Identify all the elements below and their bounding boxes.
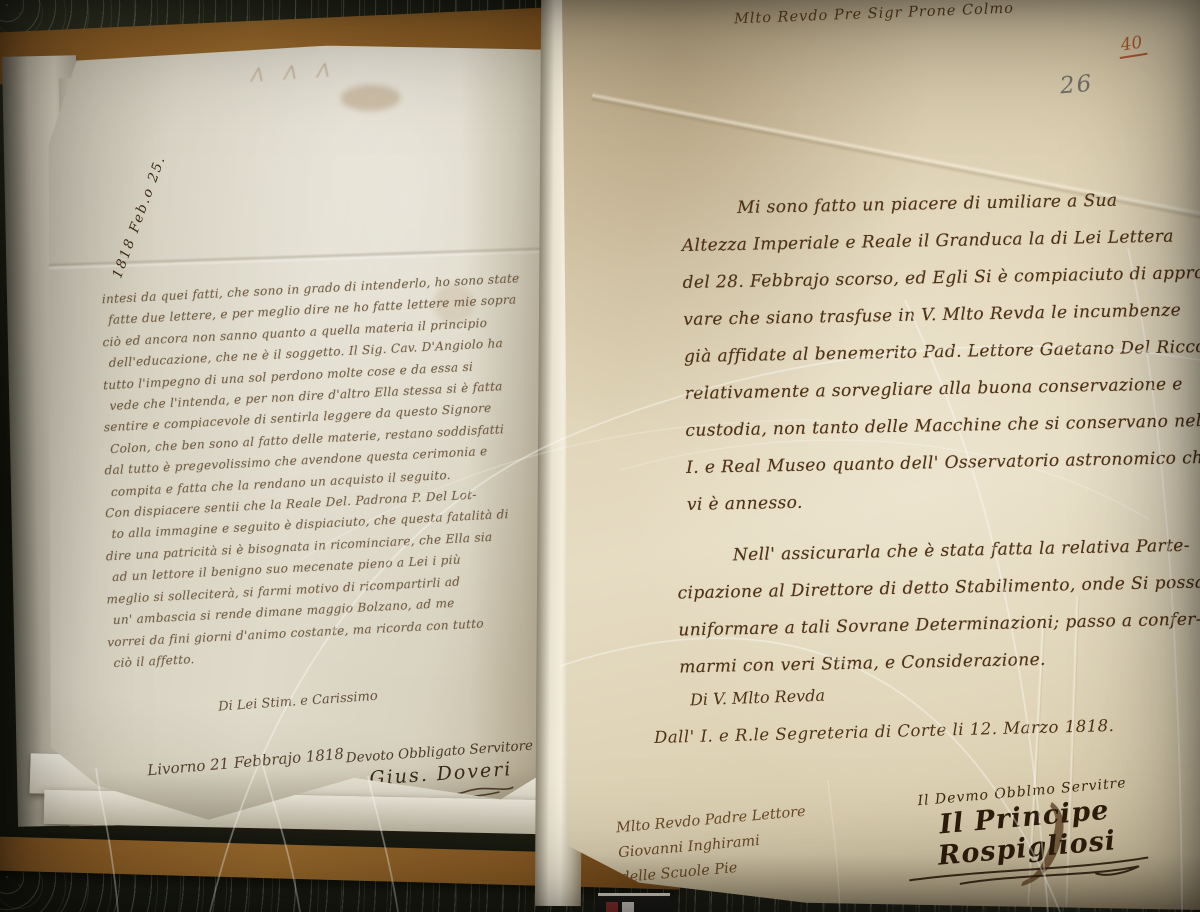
letter-salutation-header: Mlto Revdo Pre Sigr Prone Colmo bbox=[624, 0, 1124, 32]
color-chip-red bbox=[606, 902, 618, 912]
right-manuscript-page: Mlto Revdo Pre Sigr Prone Colmo 40 26 Mi… bbox=[562, 0, 1200, 910]
left-manuscript-page: ⋀ ⋀ ⋀ 1818 Feb.o 25. intesi da quei fatt… bbox=[40, 42, 574, 842]
left-letter-body: intesi da quei fatti, che sono in grado … bbox=[102, 266, 577, 675]
color-target-sliver bbox=[598, 893, 670, 912]
letter-dateline: Dall' I. e R.le Segreteria di Corte li 1… bbox=[654, 716, 1115, 747]
closing-salutation: Di V. Mlto Revda bbox=[690, 686, 826, 710]
letter-paragraph-2: Nell' assicurarla che è stata fatta la r… bbox=[677, 528, 1200, 687]
letter-paragraph-1: Mi sono fatto un piacere di umiliare a S… bbox=[681, 181, 1200, 524]
archival-photo-manuscript: ⋀ ⋀ ⋀ 1818 Feb.o 25. intesi da quei fatt… bbox=[0, 0, 1200, 912]
page-number-pencil: 26 bbox=[1059, 71, 1094, 100]
left-letter-closing: Di Lei Stim. e Carissimo bbox=[218, 689, 378, 715]
bleed-through-marks: ⋀ ⋀ ⋀ bbox=[250, 59, 337, 83]
page-number-ink: 40 bbox=[1116, 32, 1147, 59]
ink-bleed-stain bbox=[340, 84, 400, 111]
color-chip-white bbox=[622, 902, 634, 912]
